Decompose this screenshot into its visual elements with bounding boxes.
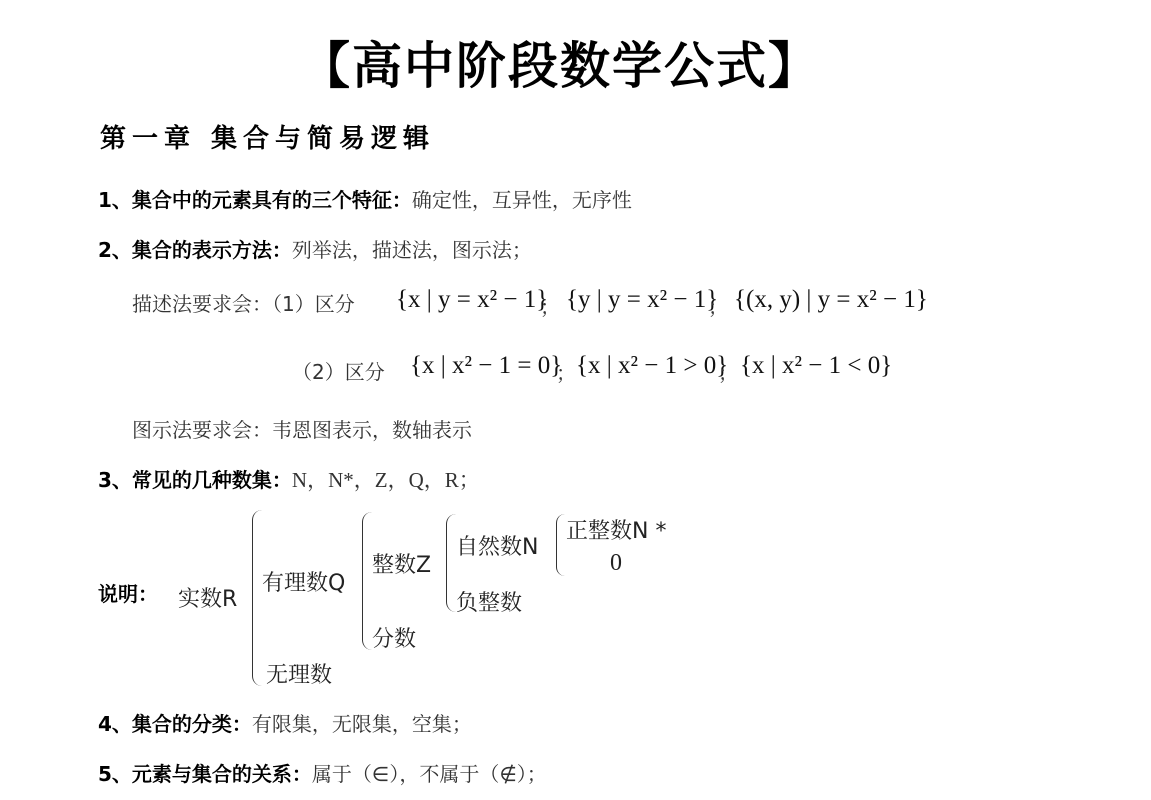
separator: ； [556,357,576,386]
item-number: 1、 [98,188,132,212]
tree-node-positive-integer: 正整数N * [566,514,666,545]
item-heading: 集合的表示方法： [132,238,292,262]
item-1: 1、集合中的元素具有的三个特征：确定性，互异性，无序性 [98,184,632,213]
item-3: 3、常见的几种数集：N，N*，Z，Q，R； [98,464,480,494]
description-method-part2-label: （2）区分 [292,356,385,385]
item-heading: 集合的分类： [132,712,252,736]
item-number: 2、 [98,238,132,262]
tree-node-fraction: 分数 [372,622,416,653]
item-text: N，N*，Z，Q，R； [292,468,480,492]
item-5: 5、元素与集合的关系：属于（∈），不属于（∉）； [98,758,547,787]
item-number: 4、 [98,712,132,736]
item-4: 4、集合的分类：有限集，无限集，空集； [98,708,472,737]
tree-node-real: 实数R [178,582,237,613]
tree-node-negative-integer: 负整数 [456,586,522,617]
page-title: 【高中阶段数学公式】 [300,26,820,98]
item-number: 3、 [98,468,132,492]
diagram-method-text: 韦恩图表示，数轴表示 [272,418,472,442]
item-2: 2、集合的表示方法：列举法，描述法，图示法； [98,234,532,263]
brace-icon [362,512,372,650]
tree-node-rational: 有理数Q [262,566,345,597]
tree-node-integer: 整数Z [372,548,431,579]
tree-node-irrational: 无理数 [266,658,332,689]
item-text: 属于（∈），不属于（∉）； [312,762,547,786]
set-expression-2: {y | y = x² − 1} [566,286,718,314]
brace-icon [446,514,456,612]
set-expression-5: {x | x² − 1 > 0} [576,352,728,380]
item-text: 有限集，无限集，空集； [252,712,472,736]
item-heading: 集合中的元素具有的三个特征： [132,188,412,212]
separator: ； [718,357,738,386]
item-number: 5、 [98,762,132,786]
separator: ； [708,291,728,320]
description-method-label: 描述法要求会：（1）区分 [132,292,355,316]
brace-icon [252,510,263,686]
separator: ； [540,291,560,320]
set-expression-3: {(x, y) | y = x² − 1} [734,286,928,314]
description-method-row-1: 描述法要求会：（1）区分 [132,288,355,317]
tree-node-natural: 自然数N [456,530,538,561]
explanation-label: 说明： [98,578,158,607]
item-heading: 常见的几种数集： [132,468,292,492]
item-heading: 元素与集合的关系： [132,762,312,786]
item-text: 确定性，互异性，无序性 [412,188,632,212]
diagram-method-row: 图示法要求会：韦恩图表示，数轴表示 [132,414,472,443]
diagram-method-label: 图示法要求会： [132,418,272,442]
set-expression-1: {x | y = x² − 1} [396,286,548,314]
chapter-heading: 第一章 集合与简易逻辑 [100,118,435,155]
tree-node-zero: 0 [610,550,622,577]
brace-icon [556,514,565,576]
item-text: 列举法，描述法，图示法； [292,238,532,262]
set-expression-6: {x | x² − 1 < 0} [740,352,892,380]
set-expression-4: {x | x² − 1 = 0} [410,352,562,380]
